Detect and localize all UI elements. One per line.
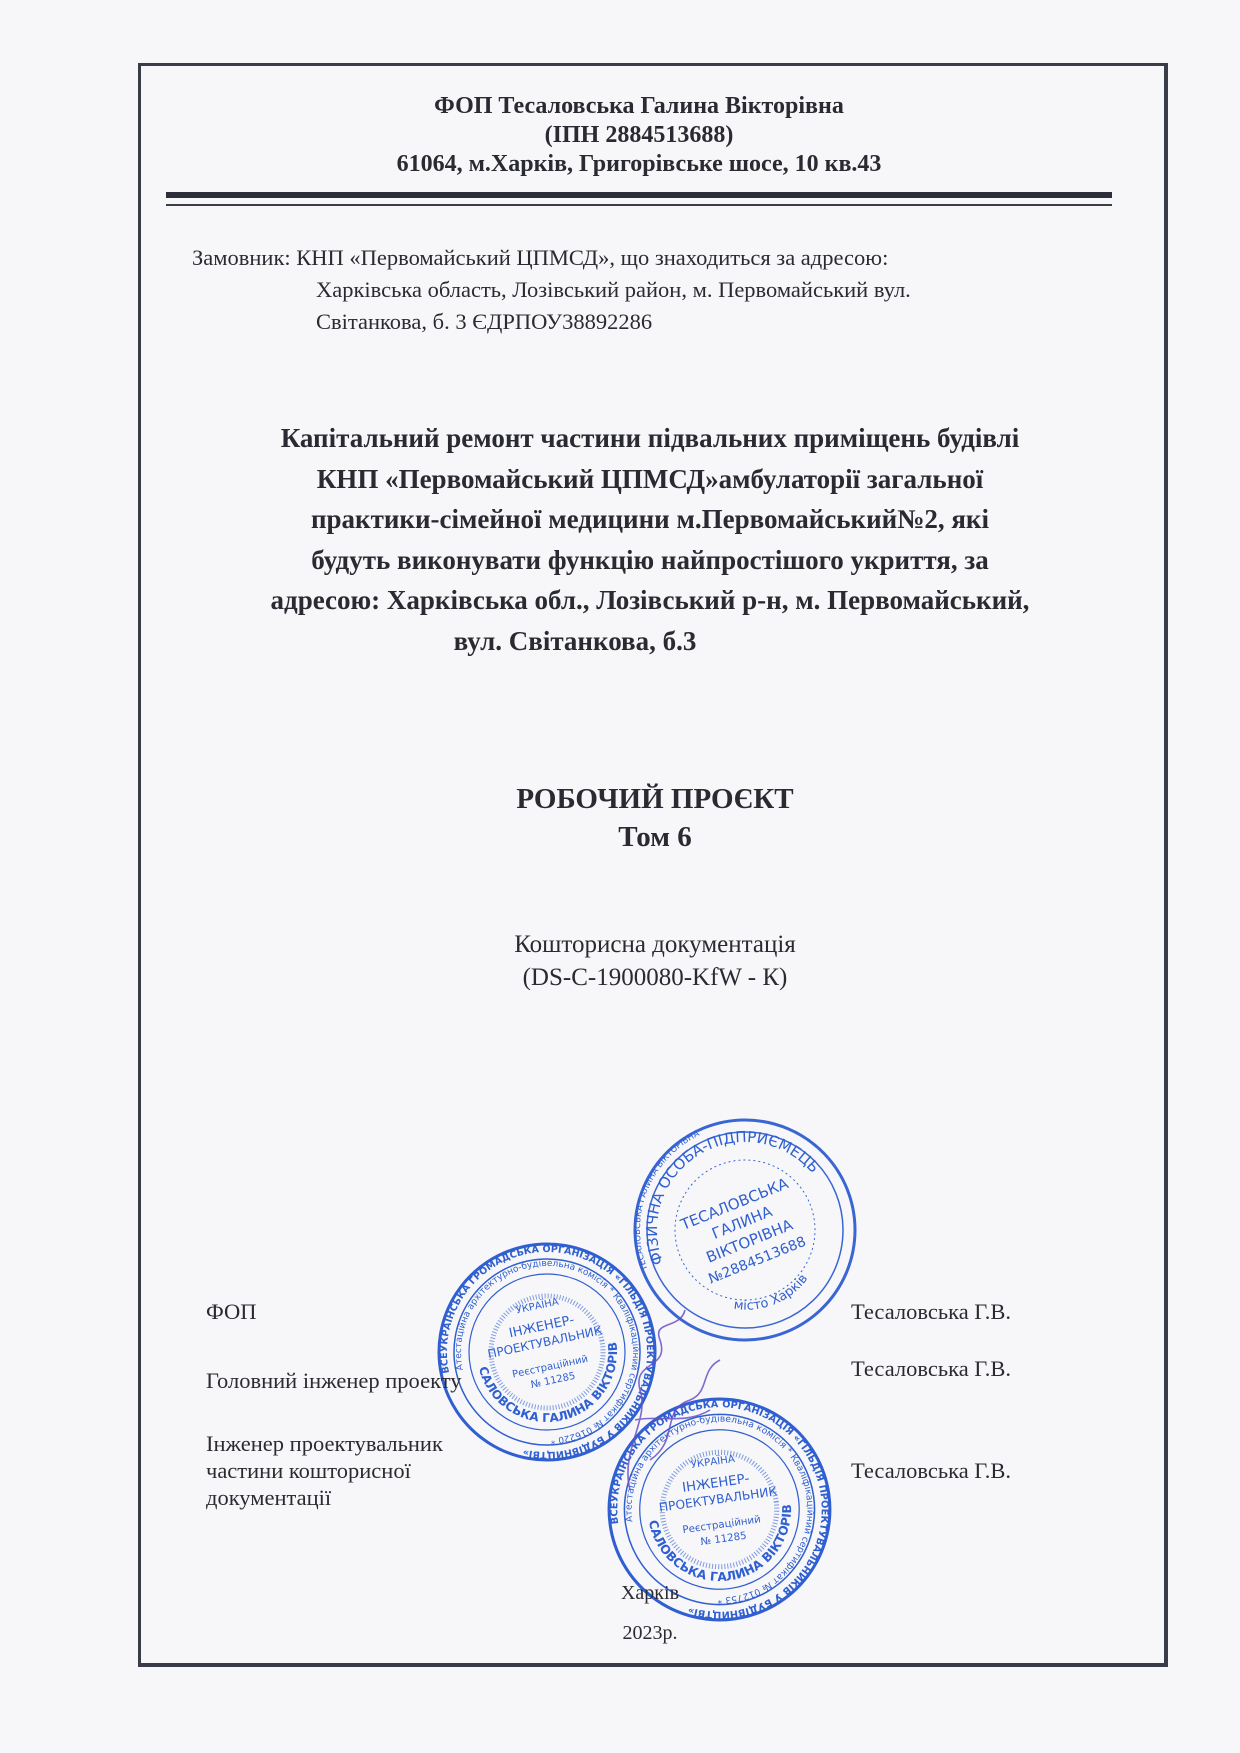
project-section-block: Кошторисна документація (DS-C-1900080-Kf…	[400, 928, 910, 994]
signature-name-fop: Тесаловська Г.В.	[851, 1298, 1011, 1325]
title-line: КНП «Первомайський ЦПМСД»амбулаторії заг…	[170, 459, 1130, 500]
role-line: документації	[206, 1484, 443, 1511]
title-line: адресою: Харківська обл., Лозівський р-н…	[170, 580, 1130, 621]
company-tax-id: (ІПН 2884513688)	[166, 121, 1112, 150]
role-line: частини кошторисної	[206, 1457, 443, 1484]
company-address: 61064, м.Харків, Григорівське шосе, 10 к…	[166, 150, 1112, 179]
signature-name-chief-engineer: Тесаловська Г.В.	[851, 1355, 1011, 1382]
project-section: Кошторисна документація	[400, 928, 910, 961]
customer-block: Замовник: КНП «Первомайський ЦПМСД», що …	[192, 242, 911, 338]
company-header: ФОП Тесаловська Галина Вікторівна (ІПН 2…	[166, 92, 1112, 179]
title-line: вул. Світанкова, б.3	[170, 621, 1130, 662]
header-rule-thin	[166, 204, 1112, 206]
customer-line-1: Замовник: КНП «Первомайський ЦПМСД», що …	[192, 242, 911, 274]
customer-line-2: Харківська область, Лозівський район, м.…	[192, 274, 911, 306]
signature-name-estimate-engineer: Тесаловська Г.В.	[851, 1457, 1011, 1484]
project-volume: Том 6	[400, 818, 910, 856]
project-heading: РОБОЧИЙ ПРОЄКТ	[400, 780, 910, 818]
company-name: ФОП Тесаловська Галина Вікторівна	[166, 92, 1112, 121]
title-line: практики-сімейної медицини м.Первомайськ…	[170, 499, 1130, 540]
project-title: Капітальний ремонт частини підвальних пр…	[170, 418, 1130, 661]
signature-role-fop: ФОП	[206, 1298, 257, 1325]
signature-role-chief-engineer: Головний інженер проекту	[206, 1367, 462, 1394]
project-code: (DS-C-1900080-KfW - К)	[400, 961, 910, 994]
header-rule-thick	[166, 192, 1112, 198]
footer-year: 2023р.	[560, 1620, 740, 1647]
customer-line-3: Світанкова, б. 3 ЄДРПОУ38892286	[192, 306, 911, 338]
signature-role-estimate-engineer: Інженер проектувальник частини кошторисн…	[206, 1430, 443, 1511]
footer-city: Харків	[560, 1580, 740, 1607]
title-line: Капітальний ремонт частини підвальних пр…	[170, 418, 1130, 459]
title-line: будуть виконувати функцію найпростішого …	[170, 540, 1130, 581]
project-heading-block: РОБОЧИЙ ПРОЄКТ Том 6	[400, 780, 910, 856]
role-line: Інженер проектувальник	[206, 1430, 443, 1457]
